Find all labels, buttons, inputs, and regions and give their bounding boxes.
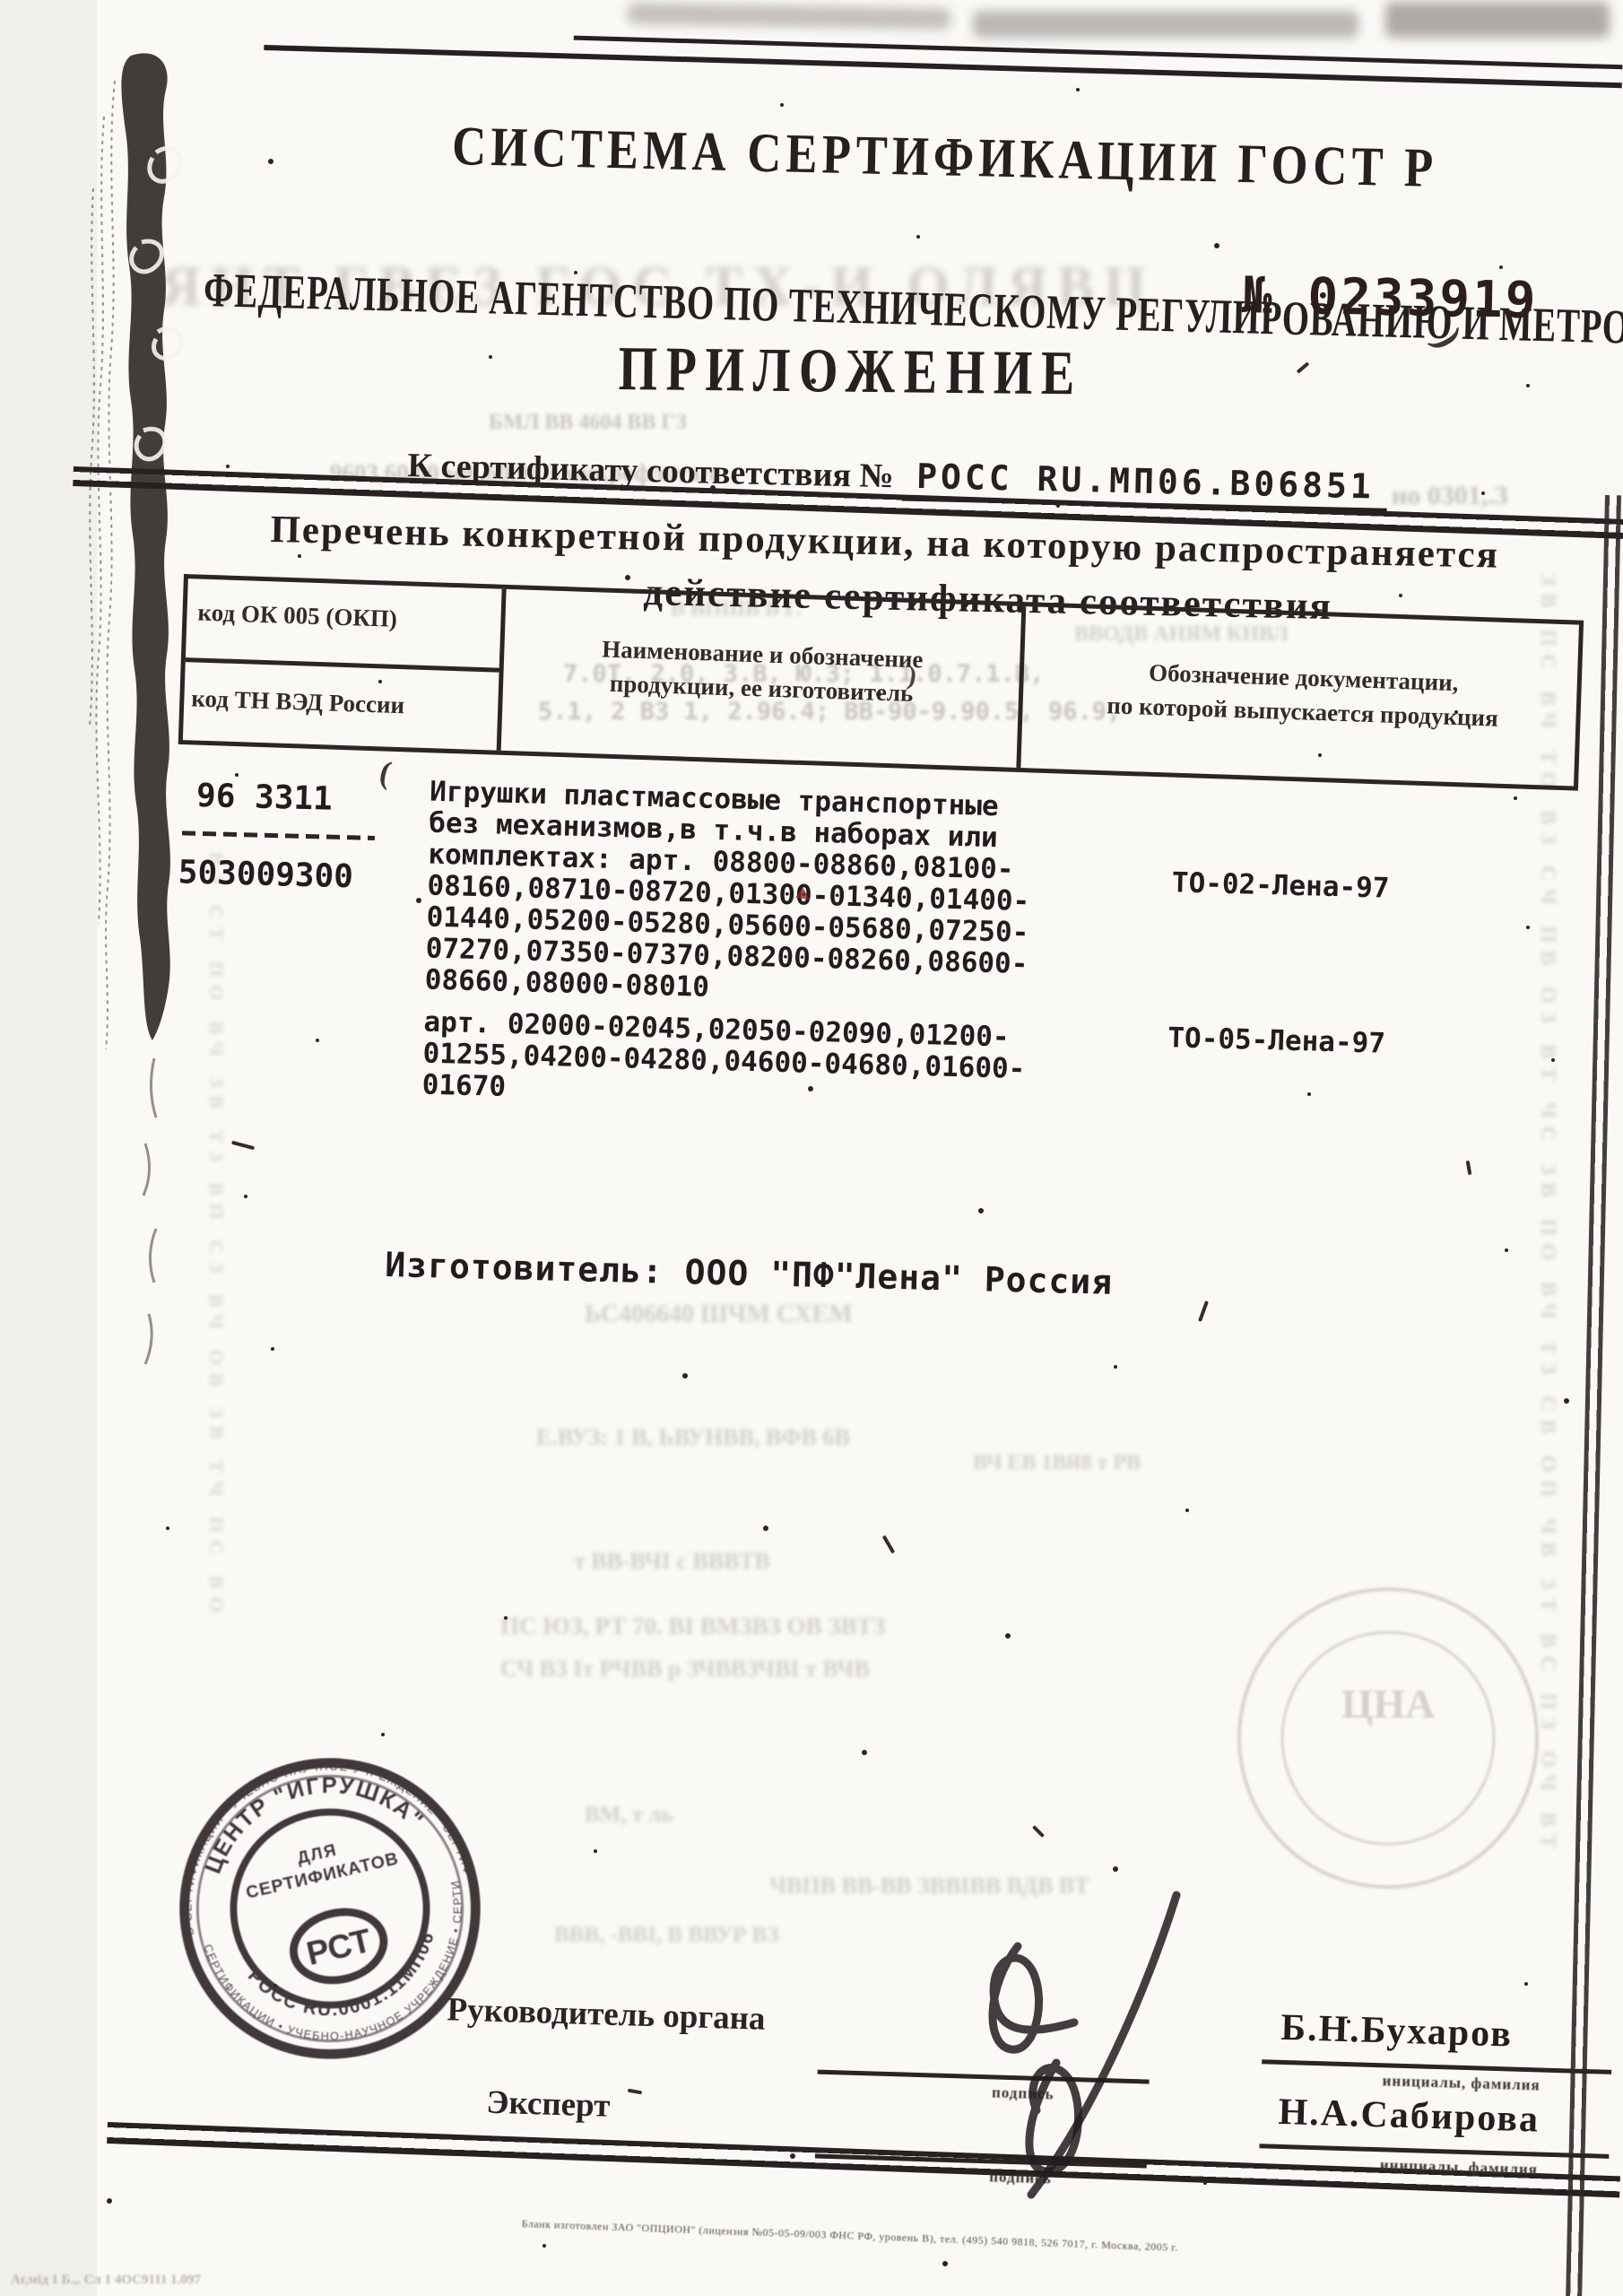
column-header-product-name: Наименование и обозначение продукции, ее… <box>506 629 1019 714</box>
table-border <box>1016 606 1026 768</box>
scan-dash <box>1032 1825 1045 1838</box>
ghost-text: но 0301,.3 <box>1392 481 1508 511</box>
column-header-tnved-code: код ТН ВЭД России <box>191 684 405 719</box>
ghost-text: т ВВ-ВЧІ с ВВВТВ <box>574 1548 770 1575</box>
ghost-text: Аг,мід 1 Б.,. Сл 1 4ОС9111 1.097 <box>11 2273 201 2288</box>
scan-dash <box>882 1535 895 1553</box>
scan-speckles <box>780 103 784 107</box>
ghost-text: БМЛ ВВ 4604 ВВ ГЗ <box>489 411 687 435</box>
head-of-body-name: Б.Н.Бухаров <box>1280 2006 1514 2057</box>
rst-logo-text: РСТ <box>303 1921 375 1972</box>
ghost-stamp: ЦНА <box>1233 1583 1543 1893</box>
product-description-2: арт. 02000-02045,02050-02090,01200- 0125… <box>421 1007 1026 1118</box>
rule-line <box>574 36 1623 70</box>
ghost-text: ПС ЮЗ, РТ 70. ВІ ВМЗВЗ ОВ ЗВТЗ <box>500 1613 885 1640</box>
technical-document-ref-1: ТО-02-Лена-97 <box>1171 866 1389 904</box>
expert-label: Эксперт <box>486 2083 611 2126</box>
code-divider-dashes <box>182 831 375 840</box>
numero-sign: № <box>1241 266 1275 326</box>
ghost-text: СЧ ВЗ Іт РЧВВ р ЗЧВВЗЧВІ т ВЧВ <box>500 1656 870 1683</box>
ghost-text: ВЧ ЕВ 1ВЯ8 т РВ <box>973 1451 1141 1475</box>
okp-code: 96 3311 <box>196 778 334 818</box>
rule-line <box>264 45 1622 88</box>
column-header-okp-code: код ОК 005 (ОКП) <box>197 599 397 633</box>
form-printer-imprint: Бланк изготовлен ЗАО "ОПЦИОН" (лицензия … <box>521 2217 1178 2255</box>
rst-conformity-mark-icon: РСТ <box>287 1903 391 1988</box>
svg-text:ЦНА: ЦНА <box>1341 1681 1436 1726</box>
name-line <box>1262 2059 1611 2074</box>
tnved-code: 503009300 <box>178 854 353 895</box>
name-caption: инициалы, фамилия <box>1380 2156 1539 2179</box>
expert-name: Н.А.Сабирова <box>1278 2091 1541 2142</box>
technical-document-ref-2: ТО-05-Лена-97 <box>1167 1022 1385 1059</box>
ghost-text: Е.ВУЗ: 1 В, ЬВУНВВ, ВФВ 6В <box>536 1424 850 1451</box>
table-border <box>186 657 501 673</box>
column-header-documentation: Обозначение документации, по которой вып… <box>1025 651 1581 737</box>
ghost-text: ВМ, т ль <box>585 1803 673 1828</box>
scan-smudge <box>628 3 950 30</box>
product-description: Игрушки пластмассовые транспортные без м… <box>424 777 1032 1013</box>
handwritten-signature <box>861 1879 1282 2220</box>
name-caption: инициалы, фамилия <box>1382 2072 1541 2094</box>
scan-dash <box>1297 361 1310 373</box>
certification-system-title: СИСТЕМА СЕРТИФИКАЦИИ ГОСТ Р <box>451 115 1438 201</box>
scan-smudge <box>1385 2 1610 38</box>
form-number-value: 0233919 <box>1307 267 1539 329</box>
scanned-certificate-page: ЯНТ ГВЕЗ ГОС ТХ-И ОЛЯВЦ БМЛ ВВ 4604 ВВ Г… <box>0 0 1623 2296</box>
ghost-text: ВВВ, -ВВІ, В ВВУР ВЗ <box>554 1923 778 1948</box>
scan-smudge <box>973 11 1358 38</box>
page-title: ПРИЛОЖЕНИЕ <box>618 334 1083 410</box>
form-number: № 0233919 <box>1241 266 1539 330</box>
name-line <box>1259 2144 1609 2159</box>
